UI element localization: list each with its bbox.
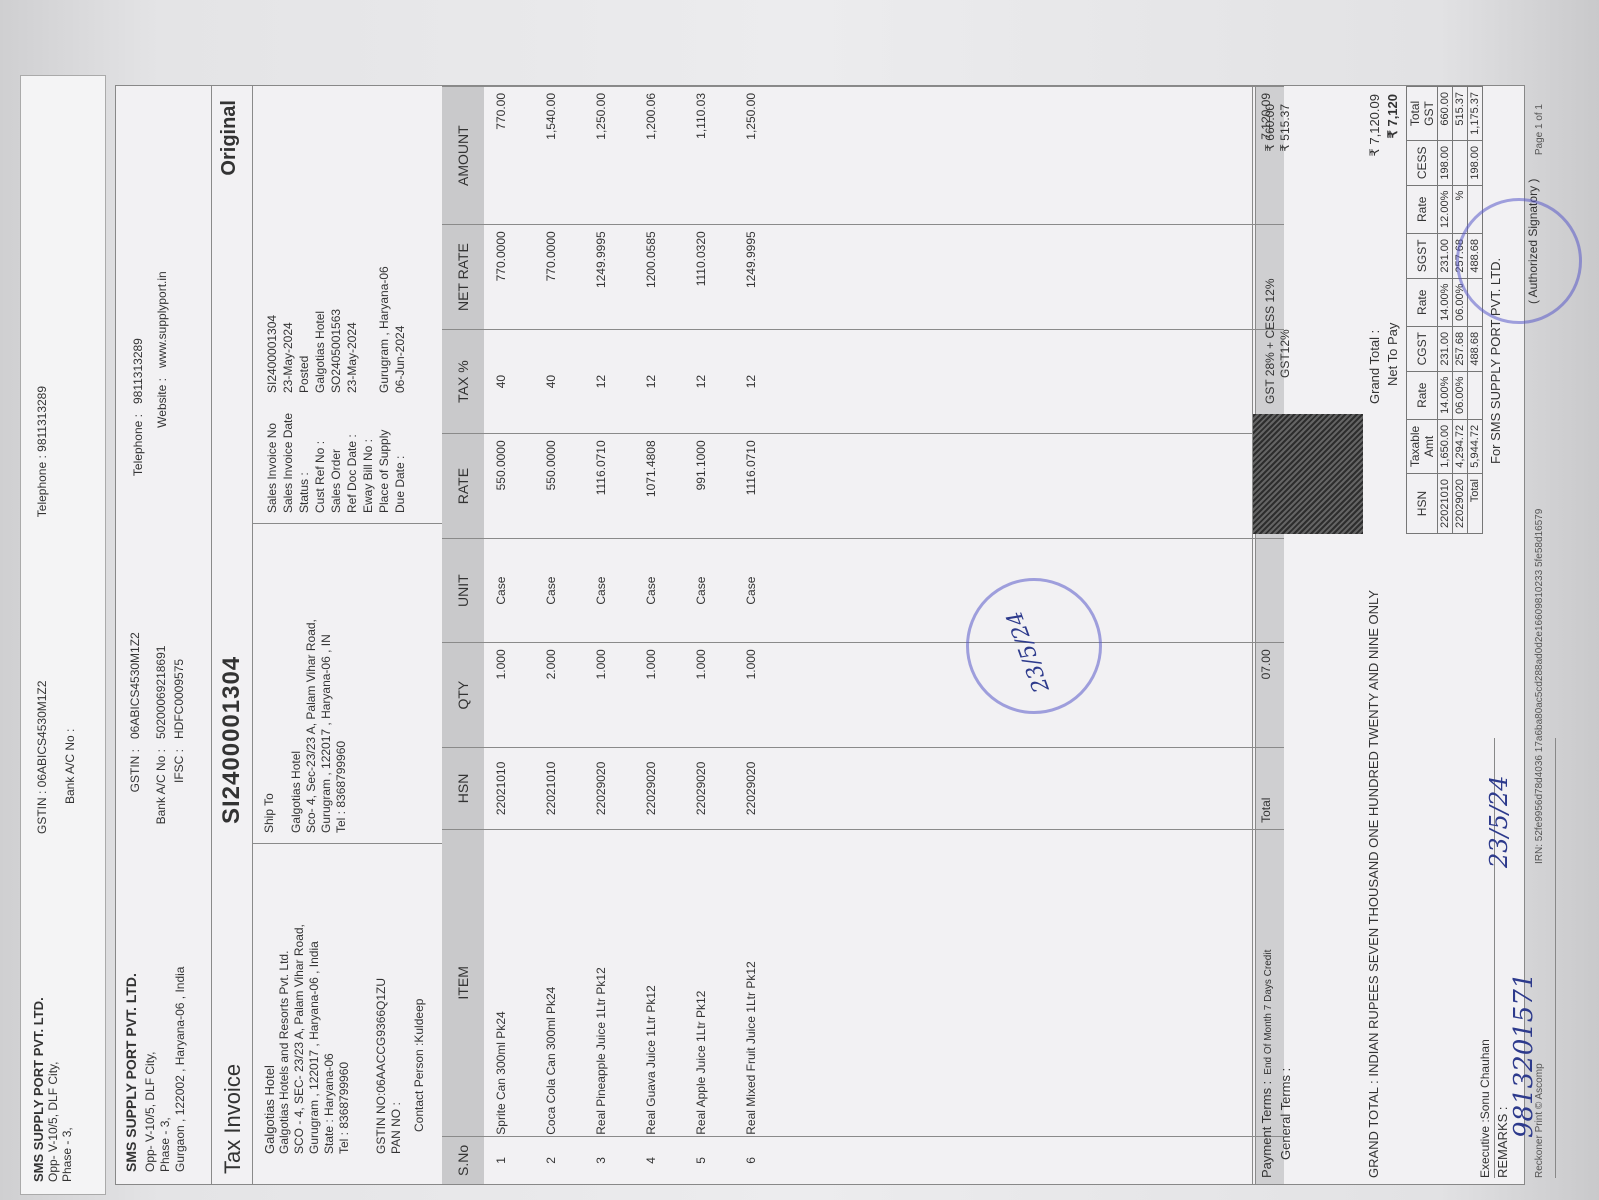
column-header: ITEM (442, 829, 484, 1136)
grand-total-block: Grand Total : Net To Pay ₹ 7,120.09 ₹ 7,… (1366, 94, 1402, 404)
tax-cell: 1,650.00 (1438, 419, 1453, 473)
meta-value: 06-Jun-2024 (393, 326, 407, 393)
meta-row: Ref Doc Date :23-May-2024 (344, 96, 360, 513)
footer-irn: IRN: 52fe9956d78d4036 17a6ba80ac5cd288ad… (1534, 509, 1545, 864)
meta-key: Sales Invoice No (264, 393, 280, 513)
website-label: Website : (150, 378, 174, 458)
back-bank-label: Bank A/C No : (63, 729, 77, 804)
bill-to-gstin: GSTIN NO:06AACCG9366Q1ZU (374, 864, 389, 1154)
rotated-invoice-photo: SMS SUPPLY PORT PVT. LTD. Opp- V-10/5, D… (20, 0, 1540, 1195)
seller-website: www.supplyport.in (155, 271, 169, 368)
table-cell: Case (484, 538, 534, 643)
table-cell: 770.00 (484, 87, 534, 225)
title-row: Tax Invoice SI2400001304 Original (212, 86, 253, 1184)
column-header: RATE (442, 434, 484, 539)
table-cell: 1.000 (484, 643, 534, 748)
ship-to-line: Sco- 4, Sec-23/23 A, Palam Vihar Road, (304, 534, 319, 833)
tax-column-header: CGST (1407, 326, 1438, 371)
empty-cell (784, 747, 1256, 829)
column-header: NET RATE (442, 225, 484, 330)
tax-cell: Total (1468, 474, 1483, 534)
table-cell: 1 (484, 1136, 534, 1184)
tax-row: 220210101,650.0014.00%231.0014.00%231.00… (1438, 87, 1453, 534)
table-cell: 22029020 (734, 747, 784, 829)
doc-title: Tax Invoice (220, 1064, 246, 1174)
column-header: AMOUNT (442, 87, 484, 225)
table-cell: Real Mixed Fruit Juice 1Ltr Pk12 (734, 829, 784, 1136)
table-cell: 1116.0710 (734, 434, 784, 539)
meta-row: Place of SupplyGurugram , Haryana-06 (376, 96, 392, 513)
bill-to-contact: Contact Person :Kuldeep (412, 864, 427, 1132)
remarks-box: REMARKS : 9813201571 23/5/24 (1494, 738, 1556, 1178)
terms-block: Payment Terms :End Of Month 7 Days Credi… (1252, 86, 1363, 1184)
table-cell: 5 (684, 1136, 734, 1184)
table-cell: Coca Cola Can 300ml Pk24 (534, 829, 584, 1136)
meta-row: Status :Posted (296, 96, 312, 513)
empty-cell (784, 225, 1256, 330)
table-cell: 1249.9995 (734, 225, 784, 330)
table-cell: 1.000 (584, 643, 634, 748)
table-cell: 40 (484, 329, 534, 434)
table-cell: Real Pineapple Juice 1Ltr Pk12 (584, 829, 634, 1136)
amount-in-words: GRAND TOTAL : INDIAN RUPEES SEVEN THOUSA… (1366, 538, 1381, 1178)
tax-cell: 488.68 (1468, 326, 1483, 371)
tax-cell: 231.00 (1438, 233, 1453, 278)
meta-value: SO2405001563 (329, 309, 343, 393)
empty-cell (784, 87, 1256, 225)
table-cell: 1,200.06 (634, 87, 684, 225)
meta-row: Sales OrderSO2405001563 (328, 96, 344, 513)
tax-cell: 22029020 (1453, 474, 1468, 534)
ship-to-line: Gurugram , 122017 , Haryana-06 , IN (319, 534, 334, 833)
table-row: 6Real Mixed Fruit Juice 1Ltr Pk122202902… (734, 87, 784, 1185)
meta-key: Cust Ref No : (312, 393, 328, 513)
bill-to-line: Tel : 8368799960 (337, 864, 352, 1154)
tax-cell: 5,944.72 (1468, 419, 1483, 473)
table-cell: 1071.4808 (634, 434, 684, 539)
table-cell: 1200.0585 (634, 225, 684, 330)
tax-row: 220290204,294.7206.00%257.6806.00%257.68… (1453, 87, 1468, 534)
tax-cell: 14.00% (1438, 371, 1453, 419)
table-cell: 3 (584, 1136, 634, 1184)
gst-summary: GST 28% + CESS 12% GST12% ₹ 660.00 ₹ 515… (1263, 104, 1293, 404)
empty-cell (784, 1136, 1256, 1184)
ifsc-label: IFSC : (170, 749, 188, 829)
table-cell: 2.000 (534, 643, 584, 748)
tax-cell: 22021010 (1438, 474, 1453, 534)
table-cell: 22029020 (634, 747, 684, 829)
meta-key: Ref Doc Date : (344, 393, 360, 513)
grand-total-value: ₹ 7,120.09 (1366, 94, 1384, 157)
page-number: Page 1 of 1 (1534, 104, 1545, 155)
bill-to-line: SCO - 4, SEC- 23/23 A, Palam Vihar Road, (292, 864, 307, 1154)
meta-key: Due Date : (392, 393, 408, 513)
tax-column-header: Rate (1407, 371, 1438, 419)
seller-ifsc: HDFC0009575 (172, 659, 186, 739)
table-cell: 991.1000 (684, 434, 734, 539)
column-header: S.No (442, 1136, 484, 1184)
table-row: 5Real Apple Juice 1Ltr Pk12220290201.000… (684, 87, 734, 1185)
table-cell: 22029020 (684, 747, 734, 829)
copy-label: Original (218, 100, 241, 176)
table-cell: 6 (734, 1136, 784, 1184)
table-cell: 1.000 (634, 643, 684, 748)
column-header: QTY (442, 643, 484, 748)
handwritten-date: 23/5/24 (1485, 775, 1513, 868)
tax-column-header: Rate (1407, 185, 1438, 233)
tax-column-header: CESS (1407, 140, 1438, 185)
table-row: 2Coca Cola Can 300ml Pk24220210102.000Ca… (534, 87, 584, 1185)
tax-cell (1453, 140, 1468, 185)
meta-row: Sales Invoice Date23-May-2024 (280, 96, 296, 513)
table-row: 4Real Guava Juice 1Ltr Pk12220290201.000… (634, 87, 684, 1185)
table-cell: 2 (534, 1136, 584, 1184)
back-tel: 9811313289 (35, 386, 49, 452)
tax-cell: 14.00% (1438, 278, 1453, 326)
tax-column-header: Taxable Amt (1407, 419, 1438, 473)
ship-to: Ship To Galgotias Hotel Sco- 4, Sec-23/2… (252, 524, 442, 844)
empty-cell (784, 829, 1256, 1136)
meta-value: SI2400001304 (265, 315, 279, 393)
table-cell: 1.000 (684, 643, 734, 748)
column-header: HSN (442, 747, 484, 829)
seller-header: SMS SUPPLY PORT PVT. LTD. Opp- V-10/5, D… (116, 86, 212, 1184)
ship-to-label: Ship To (262, 534, 277, 833)
gstin-label: GSTIN : (126, 749, 144, 829)
table-cell: Case (634, 538, 684, 643)
tax-column-header: HSN (1407, 474, 1438, 534)
back-gstin-label: GSTIN : (35, 791, 49, 834)
table-cell: Case (534, 538, 584, 643)
items-table: S.NoITEMHSNQTYUNITRATETAX %NET RATEAMOUN… (442, 86, 1284, 1184)
table-cell: Real Guava Juice 1Ltr Pk12 (634, 829, 684, 1136)
executive: Executive :Sonu Chauhan (1478, 1039, 1492, 1178)
tax-cell (1468, 371, 1483, 419)
table-cell: 12 (634, 329, 684, 434)
table-row: 3Real Pineapple Juice 1Ltr Pk12220290201… (584, 87, 634, 1185)
meta-key: Place of Supply (376, 393, 392, 513)
bill-to: Galgotias Hotel Galgotias Hotels and Res… (262, 864, 427, 1154)
meta-row: Cust Ref No :Galgotias Hotel (312, 96, 328, 513)
bill-to-line: State : Haryana-06 (322, 864, 337, 1154)
meta-key: Sales Invoice Date (280, 393, 296, 513)
qr-code (1253, 414, 1363, 534)
tax-cell: 257.68 (1453, 326, 1468, 371)
table-cell: 4 (634, 1136, 684, 1184)
table-cell: 22029020 (584, 747, 634, 829)
column-header: TAX % (442, 329, 484, 434)
empty-cell (784, 329, 1256, 434)
table-cell: 12 (734, 329, 784, 434)
seller-bank: 50200069218691 (154, 646, 168, 739)
meta-value: 23-May-2024 (345, 322, 359, 393)
gst-summary-value: ₹ 660.00 (1263, 104, 1278, 152)
table-cell: 770.0000 (484, 225, 534, 330)
tax-cell: 4,294.72 (1453, 419, 1468, 473)
table-cell: 1110.0320 (684, 225, 734, 330)
meta-value: Galgotias Hotel (313, 311, 327, 393)
table-cell: Real Apple Juice 1Ltr Pk12 (684, 829, 734, 1136)
tax-cell: 231.00 (1438, 326, 1453, 371)
bill-to-name: Galgotias Hotel (262, 864, 277, 1154)
table-cell: 12 (584, 329, 634, 434)
general-terms-label: General Terms : (1278, 950, 1293, 1160)
meta-value: Gurugram , Haryana-06 (377, 266, 391, 393)
tax-cell: 660.00 (1438, 87, 1453, 141)
table-cell: 12 (684, 329, 734, 434)
table-row: 1Sprite Can 300ml Pk24220210101.000Case5… (484, 87, 534, 1185)
meta-row: Eway Bill No : (360, 96, 376, 513)
table-cell: 22021010 (534, 747, 584, 829)
table-cell: Case (684, 538, 734, 643)
table-cell: 22021010 (484, 747, 534, 829)
table-cell: 1249.9995 (584, 225, 634, 330)
ship-to-line: Galgotias Hotel (289, 534, 304, 833)
table-cell: 550.0000 (534, 434, 584, 539)
invoice-sheet: SMS SUPPLY PORT PVT. LTD. Opp- V-10/5, D… (115, 85, 1525, 1185)
payment-terms-value: End Of Month 7 Days Credit (1263, 950, 1274, 1075)
table-cell: 1,110.03 (684, 87, 734, 225)
empty-cell (784, 434, 1256, 539)
tax-cell: 1,175.37 (1468, 87, 1483, 141)
table-cell: 1,250.00 (584, 87, 634, 225)
tax-cell: 06.00% (1453, 371, 1468, 419)
bill-to-pan: PAN NO : (389, 864, 404, 1154)
bill-to-line: Gurugram , 122017 , Haryana-06 , India (307, 864, 322, 1154)
party-row: Galgotias Hotel Galgotias Hotels and Res… (252, 86, 443, 1184)
tax-cell: 12.00% (1438, 185, 1453, 233)
tax-column-header: Total GST (1407, 87, 1438, 141)
meta-row: Due Date :06-Jun-2024 (392, 96, 408, 513)
back-sheet: SMS SUPPLY PORT PVT. LTD. Opp- V-10/5, D… (20, 75, 106, 1195)
column-header: UNIT (442, 538, 484, 643)
gst-summary-value: ₹ 515.37 (1278, 104, 1293, 152)
seller-telephone: 9811313289 (131, 338, 145, 404)
bank-label: Bank A/C No : (152, 749, 170, 829)
meta-key: Eway Bill No : (360, 393, 376, 513)
payment-terms-label: Payment Terms : (1259, 1081, 1274, 1178)
meta-key: Sales Order (328, 393, 344, 513)
tax-column-header: SGST (1407, 233, 1438, 278)
table-cell: 1116.0710 (584, 434, 634, 539)
footer-print-credit: Reckoner Print © Ascomp (1534, 1063, 1545, 1178)
table-cell: Sprite Can 300ml Pk24 (484, 829, 534, 1136)
telephone-label: Telephone : (126, 414, 150, 494)
table-cell: 1.000 (734, 643, 784, 748)
meta-value: 23-May-2024 (281, 322, 295, 393)
hsn-tax-table: HSNTaxable AmtRateCGSTRateSGSTRateCESSTo… (1406, 86, 1483, 534)
table-cell: 550.0000 (484, 434, 534, 539)
meta-key: Status : (296, 393, 312, 513)
invoice-meta: Sales Invoice NoSI2400001304Sales Invoic… (252, 86, 442, 524)
back-gstin: 06ABICS4530M1Z2 (35, 681, 49, 788)
table-cell: Case (584, 538, 634, 643)
tax-cell: 515.37 (1453, 87, 1468, 141)
invoice-number: SI2400001304 (218, 656, 246, 824)
tax-column-header: Rate (1407, 278, 1438, 326)
table-cell: 1,540.00 (534, 87, 584, 225)
tax-cell: 198.00 (1438, 140, 1453, 185)
seller-stamp (1456, 198, 1582, 324)
table-cell: 770.0000 (534, 225, 584, 330)
tax-cell: 198.00 (1468, 140, 1483, 185)
table-cell: 1,250.00 (734, 87, 784, 225)
bill-to-line: Galgotias Hotels and Resorts Pvt. Ltd. (277, 864, 292, 1154)
seller-gstin: 06ABICS4530M1Z2 (128, 632, 142, 739)
ship-to-line: Tel : 8368799960 (334, 534, 349, 833)
table-cell: 40 (534, 329, 584, 434)
table-cell: Case (734, 538, 784, 643)
net-to-pay-value: ₹ 7,120 (1384, 94, 1402, 157)
meta-row: Sales Invoice NoSI2400001304 (264, 96, 280, 513)
back-tel-label: Telephone : (35, 455, 49, 517)
meta-value: Posted (297, 356, 311, 393)
